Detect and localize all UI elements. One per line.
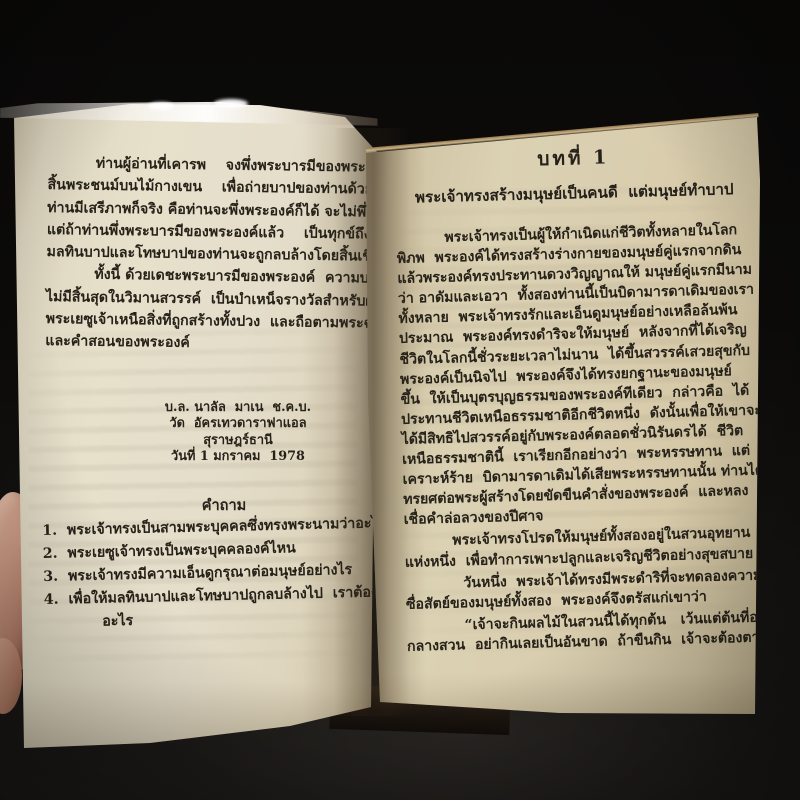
left-page: ท่านผู้อ่านที่เคารพ จงพึ่งพระบารมีของพระ… [8,100,380,752]
book-photo: ท่านผู้อ่านที่เคารพ จงพึ่งพระบารมีของพระ… [0,0,800,800]
author-name: บ.ล. นาลัล มาเน ช.ค.บ. [96,400,380,416]
right-page-text: บทที่ 1 พระเจ้าทรงสร้างมนุษย์เป็นคนดี แต… [394,139,764,657]
province-name: สุราษฎร์ธานี [96,433,380,449]
glare-spot [148,102,174,110]
left-page-intro: ท่านผู้อ่านที่เคารพ จงพึ่งพระบารมีของพระ… [45,152,380,358]
author-inscription: บ.ล. นาลัล มาเน ช.ค.บ. วัด อัครเทวดาราฟา… [96,400,380,466]
text-line: และคำสอนของพระองค์ [45,330,380,357]
chapter-body: พระเจ้าทรงเป็นผู้ให้กำเนิดแก่ชีวิตทั้งหล… [396,220,764,657]
church-name: วัด อัครเทวดาราฟาแอล [96,416,380,432]
date-line: วันที่ 1 มกราคม 1978 [96,449,380,465]
right-page: บทที่ 1 พระเจ้าทรงสร้างมนุษย์เป็นคนดี แต… [360,108,764,724]
glare-spot [214,99,248,108]
questions-list: 1. พระเจ้าทรงเป็นสามพระบุคคลซึ่งทรงพระนา… [42,512,380,635]
chapter-subtitle: พระเจ้าทรงสร้างมนุษย์เป็นคนดี แต่มนุษย์ท… [395,177,754,210]
